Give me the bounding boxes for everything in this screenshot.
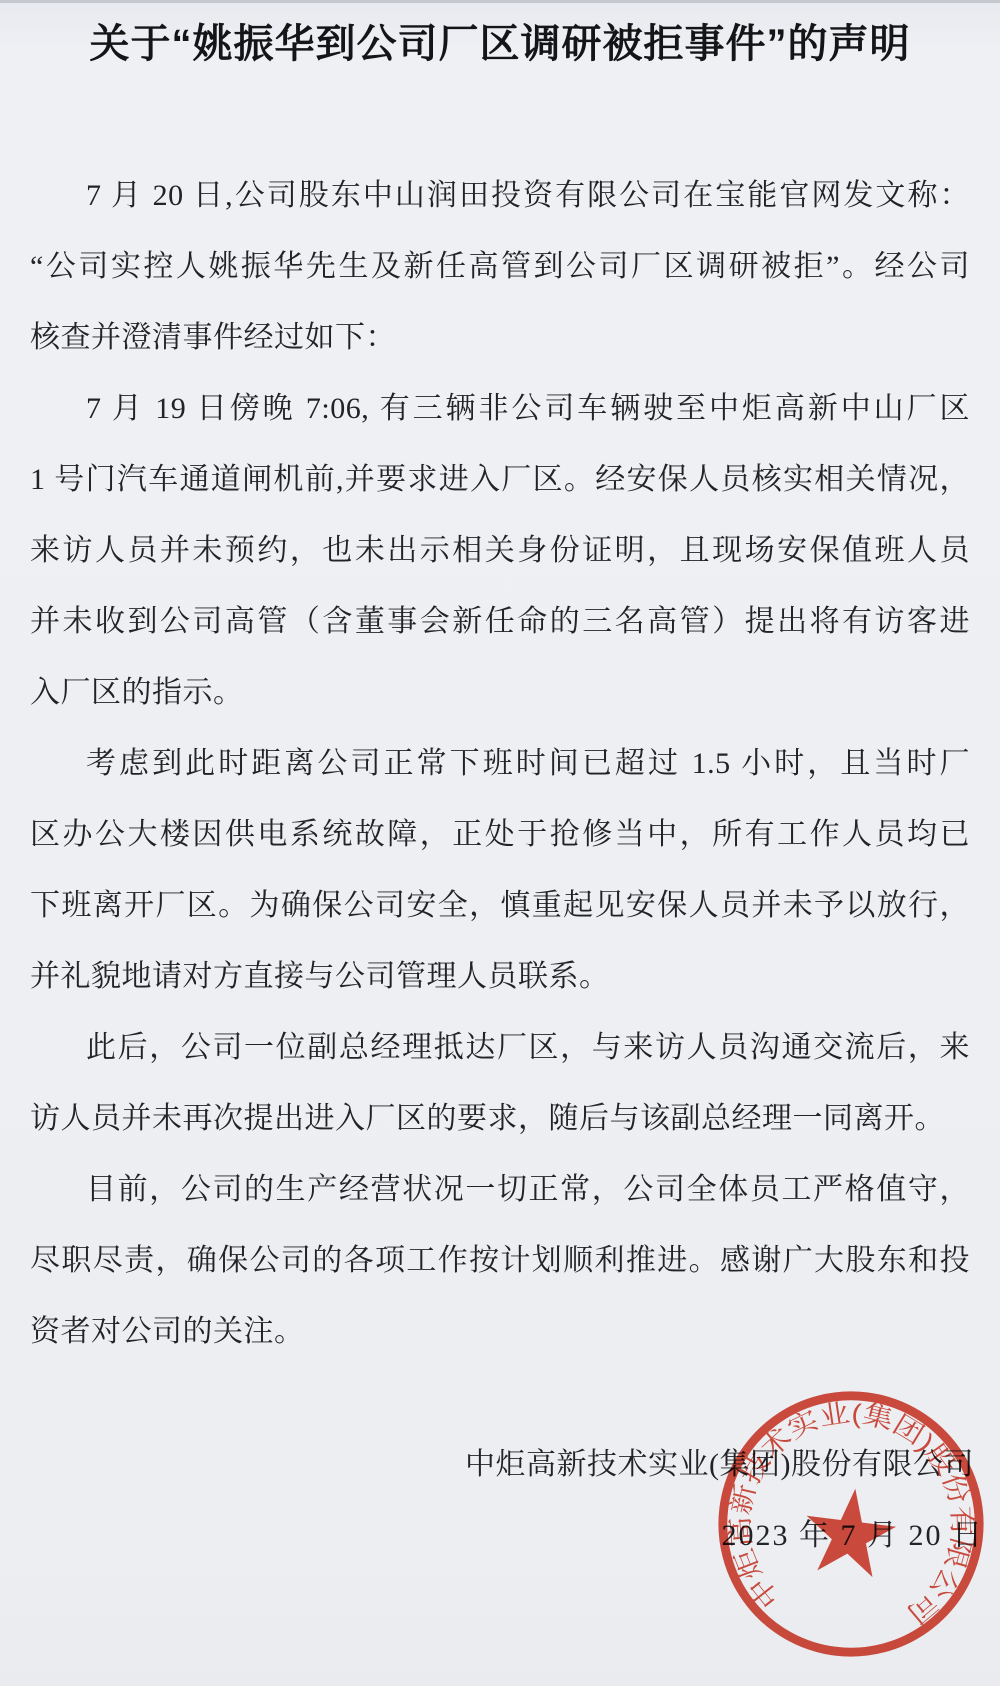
body-line: 7 月 19 日傍晚 7:06, 有三辆非公司车辆驶至中炬高新中山厂区 (30, 373, 970, 444)
body-line: “公司实控人姚振华先生及新任高管到公司厂区调研被拒”。经公司 (30, 231, 970, 302)
signature-company-name: 中炬高新技术实业(集团)股份有限公司 (0, 1429, 1000, 1500)
body-line: 区办公大楼因供电系统故障，正处于抢修当中，所有工作人员均已 (30, 799, 970, 870)
body-line: 并未收到公司高管（含董事会新任命的三名高管）提出将有访客进 (30, 586, 970, 657)
body-line: 来访人员并未预约，也未出示相关身份证明，且现场安保值班人员 (30, 515, 970, 586)
signature-block: 中炬高新技术实业(集团)股份有限公司 2023 年 7 月 20 日 (0, 1429, 1000, 1571)
document-body: 7 月 20 日,公司股东中山润田投资有限公司在宝能官网发文称： “公司实控人姚… (30, 160, 970, 1367)
body-line: 入厂区的指示。 (30, 657, 970, 728)
document-title: 关于“姚振华到公司厂区调研被拒事件”的声明 (30, 20, 970, 68)
body-line: 核查并澄清事件经过如下： (30, 302, 970, 373)
signature-date: 2023 年 7 月 20 日 (0, 1500, 1000, 1571)
body-line: 此后，公司一位副总经理抵达厂区，与来访人员沟通交流后，来 (30, 1012, 970, 1083)
body-line: 目前，公司的生产经营状况一切正常，公司全体员工严格值守， (30, 1154, 970, 1225)
body-line: 访人员并未再次提出进入厂区的要求，随后与该副总经理一同离开。 (30, 1083, 970, 1154)
body-line: 7 月 20 日,公司股东中山润田投资有限公司在宝能官网发文称： (30, 160, 970, 231)
body-line: 考虑到此时距离公司正常下班时间已超过 1.5 小时，且当时厂 (30, 728, 970, 799)
body-line: 1 号门汽车通道闸机前,并要求进入厂区。经安保人员核实相关情况， (30, 444, 970, 515)
body-line: 尽职尽责，确保公司的各项工作按计划顺利推进。感谢广大股东和投 (30, 1225, 970, 1296)
body-line: 下班离开厂区。为确保公司安全，慎重起见安保人员并未予以放行， (30, 870, 970, 941)
statement-document: 关于“姚振华到公司厂区调研被拒事件”的声明 7 月 20 日,公司股东中山润田投… (0, 0, 1000, 1686)
body-line: 并礼貌地请对方直接与公司管理人员联系。 (30, 941, 970, 1012)
body-line: 资者对公司的关注。 (30, 1296, 970, 1367)
